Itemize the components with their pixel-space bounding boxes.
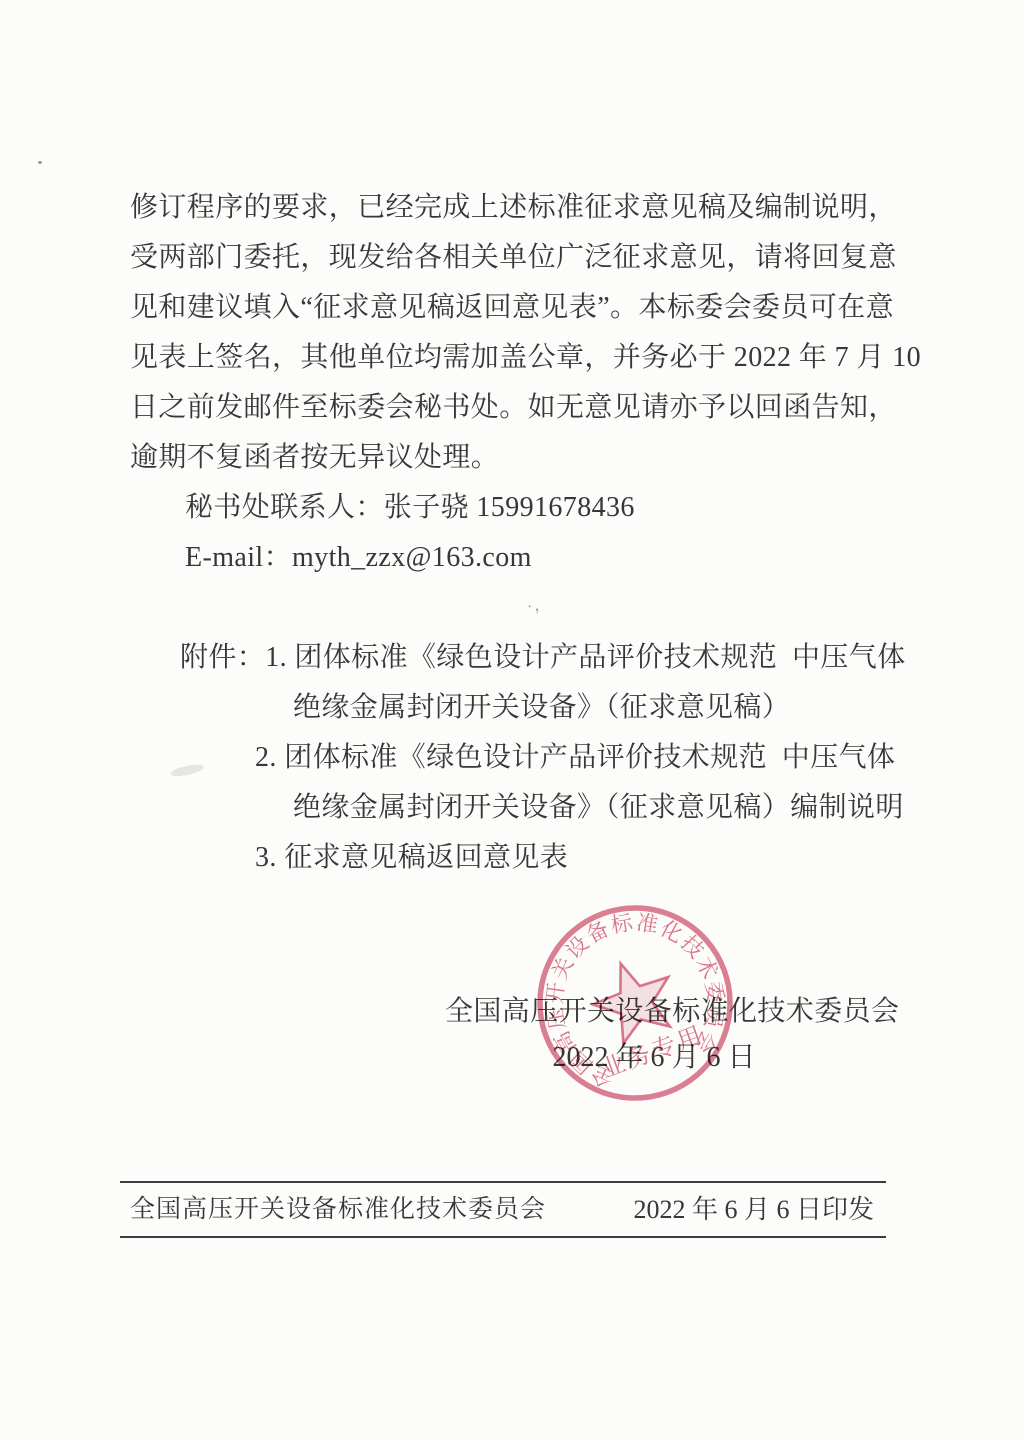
blank-line — [130, 583, 896, 633]
email-line: E-mail：myth_zzx@163.com — [130, 533, 896, 583]
footer-bottom-rule — [120, 1236, 886, 1238]
scan-speck — [38, 161, 42, 164]
paragraph-line: 修订程序的要求，已经完成上述标准征求意见稿及编制说明， — [130, 183, 896, 233]
paragraph-line: 见表上签名，其他单位均需加盖公章，并务必于 2022 年 7 月 10 — [130, 333, 896, 383]
paragraph-line: 逾期不复函者按无异议处理。 — [130, 433, 896, 483]
document-page: ·， 修订程序的要求，已经完成上述标准征求意见稿及编制说明， 受两部门委托，现发… — [0, 0, 1024, 1440]
paragraph-line: 受两部门委托，现发给各相关单位广泛征求意见，请将回复意 — [130, 233, 896, 283]
attachment-line-1-cont: 绝缘金属封闭开关设备》（征求意见稿） — [130, 683, 896, 733]
paragraph-line: 见和建议填入“征求意见稿返回意见表”。本标委会委员可在意 — [130, 283, 896, 333]
footer-organization: 全国高压开关设备标准化技术委员会 — [130, 1183, 546, 1236]
secretariat-contact-line: 秘书处联系人：张子骁 15991678436 — [130, 483, 896, 533]
footer-print-date: 2022 年 6 月 6 日印发 — [633, 1183, 874, 1236]
paragraph-line: 日之前发邮件至标委会秘书处。如无意见请亦予以回函告知， — [130, 383, 896, 433]
signature-date: 2022 年 6 月 6 日 — [430, 1033, 878, 1083]
attachment-line-3: 3. 征求意见稿返回意见表 — [130, 833, 896, 883]
attachment-line-2-cont: 绝缘金属封闭开关设备》（征求意见稿）编制说明 — [130, 783, 896, 833]
signature-organization: 全国高压开关设备标准化技术委员会 — [445, 987, 899, 1037]
attachment-line-1: 附件：1. 团体标准《绿色设计产品评价技术规范 中压气体 — [130, 633, 896, 683]
attachment-line-2: 2. 团体标准《绿色设计产品评价技术规范 中压气体 — [130, 733, 896, 783]
document-body: 修订程序的要求，已经完成上述标准征求意见稿及编制说明， 受两部门委托，现发给各相… — [130, 183, 896, 883]
